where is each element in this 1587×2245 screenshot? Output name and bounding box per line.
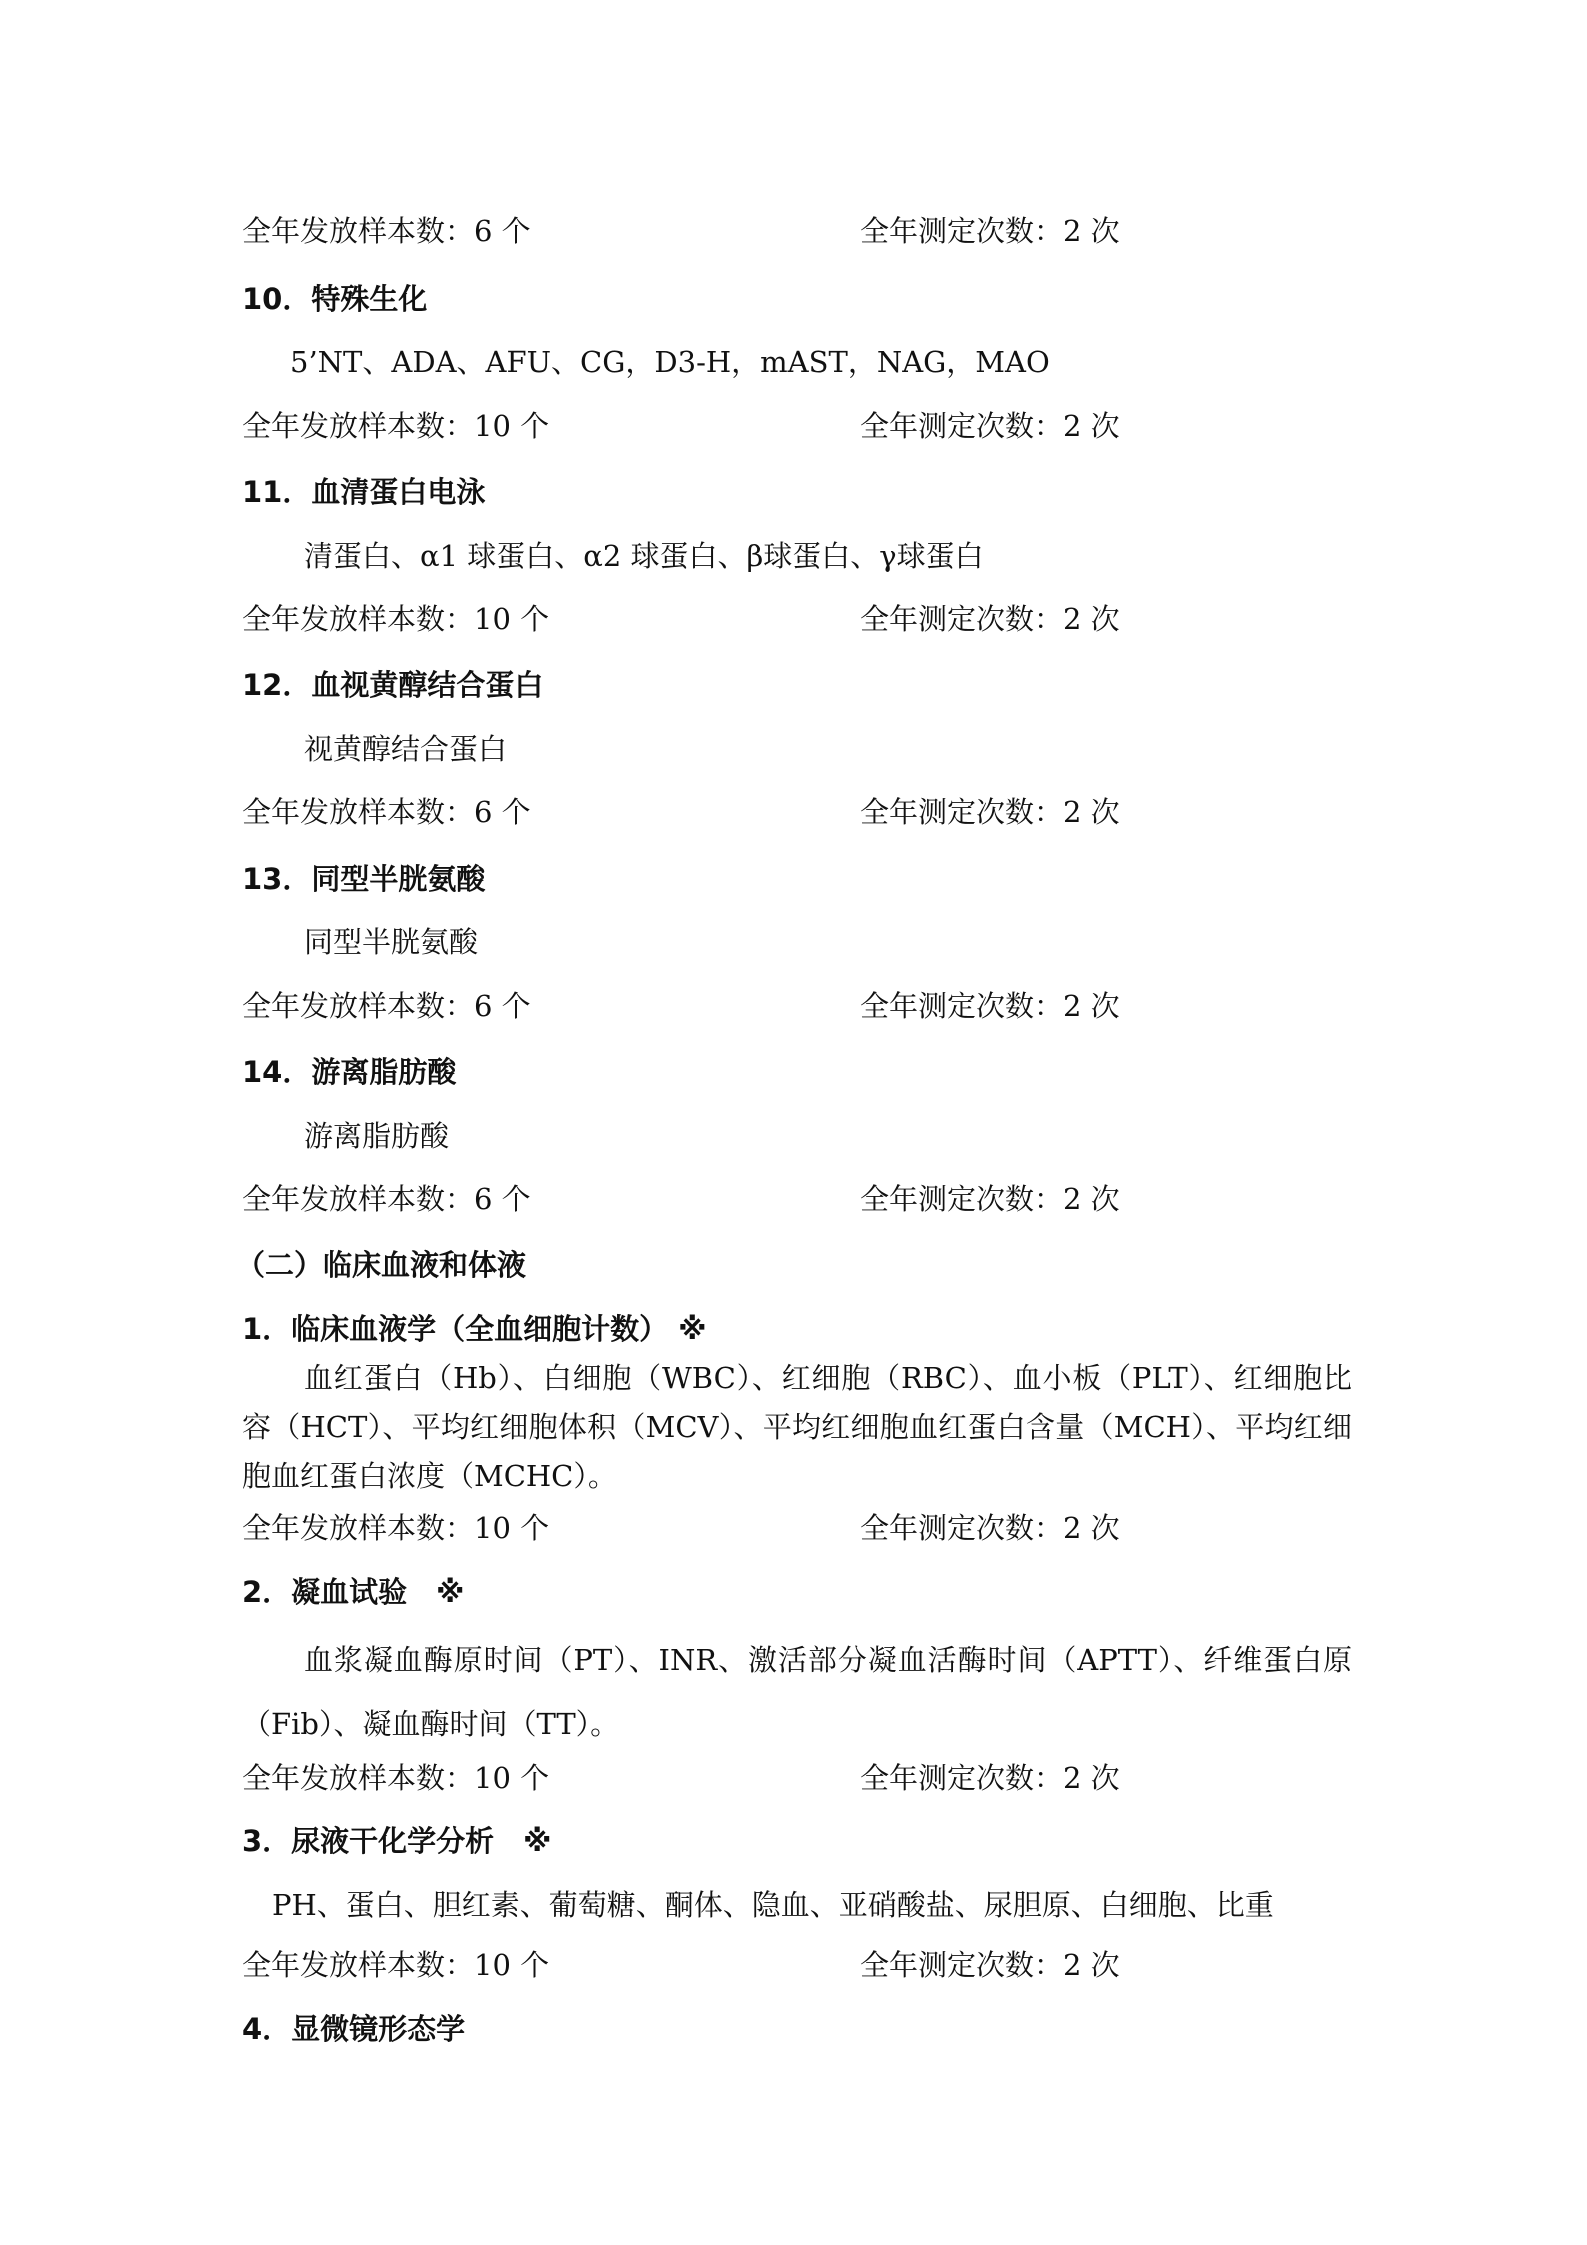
section-heading-urinalysis: 3．尿液干化学分析 ※ bbox=[242, 1823, 551, 1859]
section-heading-12: 12．血视黄醇结合蛋白 bbox=[242, 667, 543, 703]
tests-count: 全年测定次数：2 次 bbox=[860, 794, 1120, 830]
section-items-12: 视黄醇结合蛋白 bbox=[304, 731, 507, 767]
tests-count: 全年测定次数：2 次 bbox=[860, 1181, 1120, 1217]
part-title: （二）临床血液和体液 bbox=[236, 1247, 526, 1283]
section-items-11: 清蛋白、α1 球蛋白、α2 球蛋白、β球蛋白、γ球蛋白 bbox=[304, 538, 984, 574]
section-heading-hematology: 1．临床血液学（全血细胞计数） ※ bbox=[242, 1311, 706, 1347]
samples-count: 全年发放样本数：10 个 bbox=[242, 408, 549, 444]
section-items-14: 游离脂肪酸 bbox=[304, 1118, 449, 1154]
tests-count: 全年测定次数：2 次 bbox=[860, 601, 1120, 637]
stats-row-13: 全年发放样本数：6 个 全年测定次数：2 次 bbox=[242, 988, 1352, 1024]
stats-row-coagulation: 全年发放样本数：10 个 全年测定次数：2 次 bbox=[242, 1760, 1352, 1796]
section-heading-13: 13．同型半胱氨酸 bbox=[242, 861, 485, 897]
stats-row-urinalysis: 全年发放样本数：10 个 全年测定次数：2 次 bbox=[242, 1947, 1352, 1983]
samples-count: 全年发放样本数：10 个 bbox=[242, 1760, 549, 1796]
samples-count: 全年发放样本数：6 个 bbox=[242, 1181, 531, 1217]
samples-count: 全年发放样本数：10 个 bbox=[242, 601, 549, 637]
section-heading-14: 14．游离脂肪酸 bbox=[242, 1054, 456, 1090]
stats-row-11: 全年发放样本数：10 个 全年测定次数：2 次 bbox=[242, 601, 1352, 637]
section-items-urinalysis: PH、蛋白、胆红素、葡萄糖、酮体、隐血、亚硝酸盐、尿胆原、白细胞、比重 bbox=[272, 1887, 1274, 1923]
tests-count: 全年测定次数：2 次 bbox=[860, 1947, 1120, 1983]
section-items-13: 同型半胱氨酸 bbox=[304, 924, 478, 960]
section-items-coagulation: 血浆凝血酶原时间（PT）、INR、激活部分凝血活酶时间（APTT）、纤维蛋白原（… bbox=[242, 1628, 1352, 1756]
samples-count: 全年发放样本数：6 个 bbox=[242, 988, 531, 1024]
samples-count: 全年发放样本数：6 个 bbox=[242, 213, 531, 249]
samples-count: 全年发放样本数：6 个 bbox=[242, 794, 531, 830]
tests-count: 全年测定次数：2 次 bbox=[860, 988, 1120, 1024]
section-heading-10: 10．特殊生化 bbox=[242, 281, 427, 317]
stats-row-12: 全年发放样本数：6 个 全年测定次数：2 次 bbox=[242, 794, 1352, 830]
section-heading-11: 11．血清蛋白电泳 bbox=[242, 474, 485, 510]
tests-count: 全年测定次数：2 次 bbox=[860, 213, 1120, 249]
section-heading-coagulation: 2．凝血试验 ※ bbox=[242, 1574, 464, 1610]
tests-count: 全年测定次数：2 次 bbox=[860, 408, 1120, 444]
section-items-10: 5’NT、ADA、AFU、CG，D3-H，mAST，NAG，MAO bbox=[290, 344, 1050, 380]
section-items-hematology: 血红蛋白（Hb）、白细胞（WBC）、红细胞（RBC）、血小板（PLT）、红细胞比… bbox=[242, 1354, 1352, 1501]
stats-row-14: 全年发放样本数：6 个 全年测定次数：2 次 bbox=[242, 1181, 1352, 1217]
tests-count: 全年测定次数：2 次 bbox=[860, 1510, 1120, 1546]
section-heading-microscopy: 4．显微镜形态学 bbox=[242, 2011, 465, 2047]
samples-count: 全年发放样本数：10 个 bbox=[242, 1510, 549, 1546]
stats-row-hematology: 全年发放样本数：10 个 全年测定次数：2 次 bbox=[242, 1510, 1352, 1546]
tests-count: 全年测定次数：2 次 bbox=[860, 1760, 1120, 1796]
stats-row-10: 全年发放样本数：10 个 全年测定次数：2 次 bbox=[242, 408, 1352, 444]
stats-row-9: 全年发放样本数：6 个 全年测定次数：2 次 bbox=[242, 213, 1352, 249]
samples-count: 全年发放样本数：10 个 bbox=[242, 1947, 549, 1983]
